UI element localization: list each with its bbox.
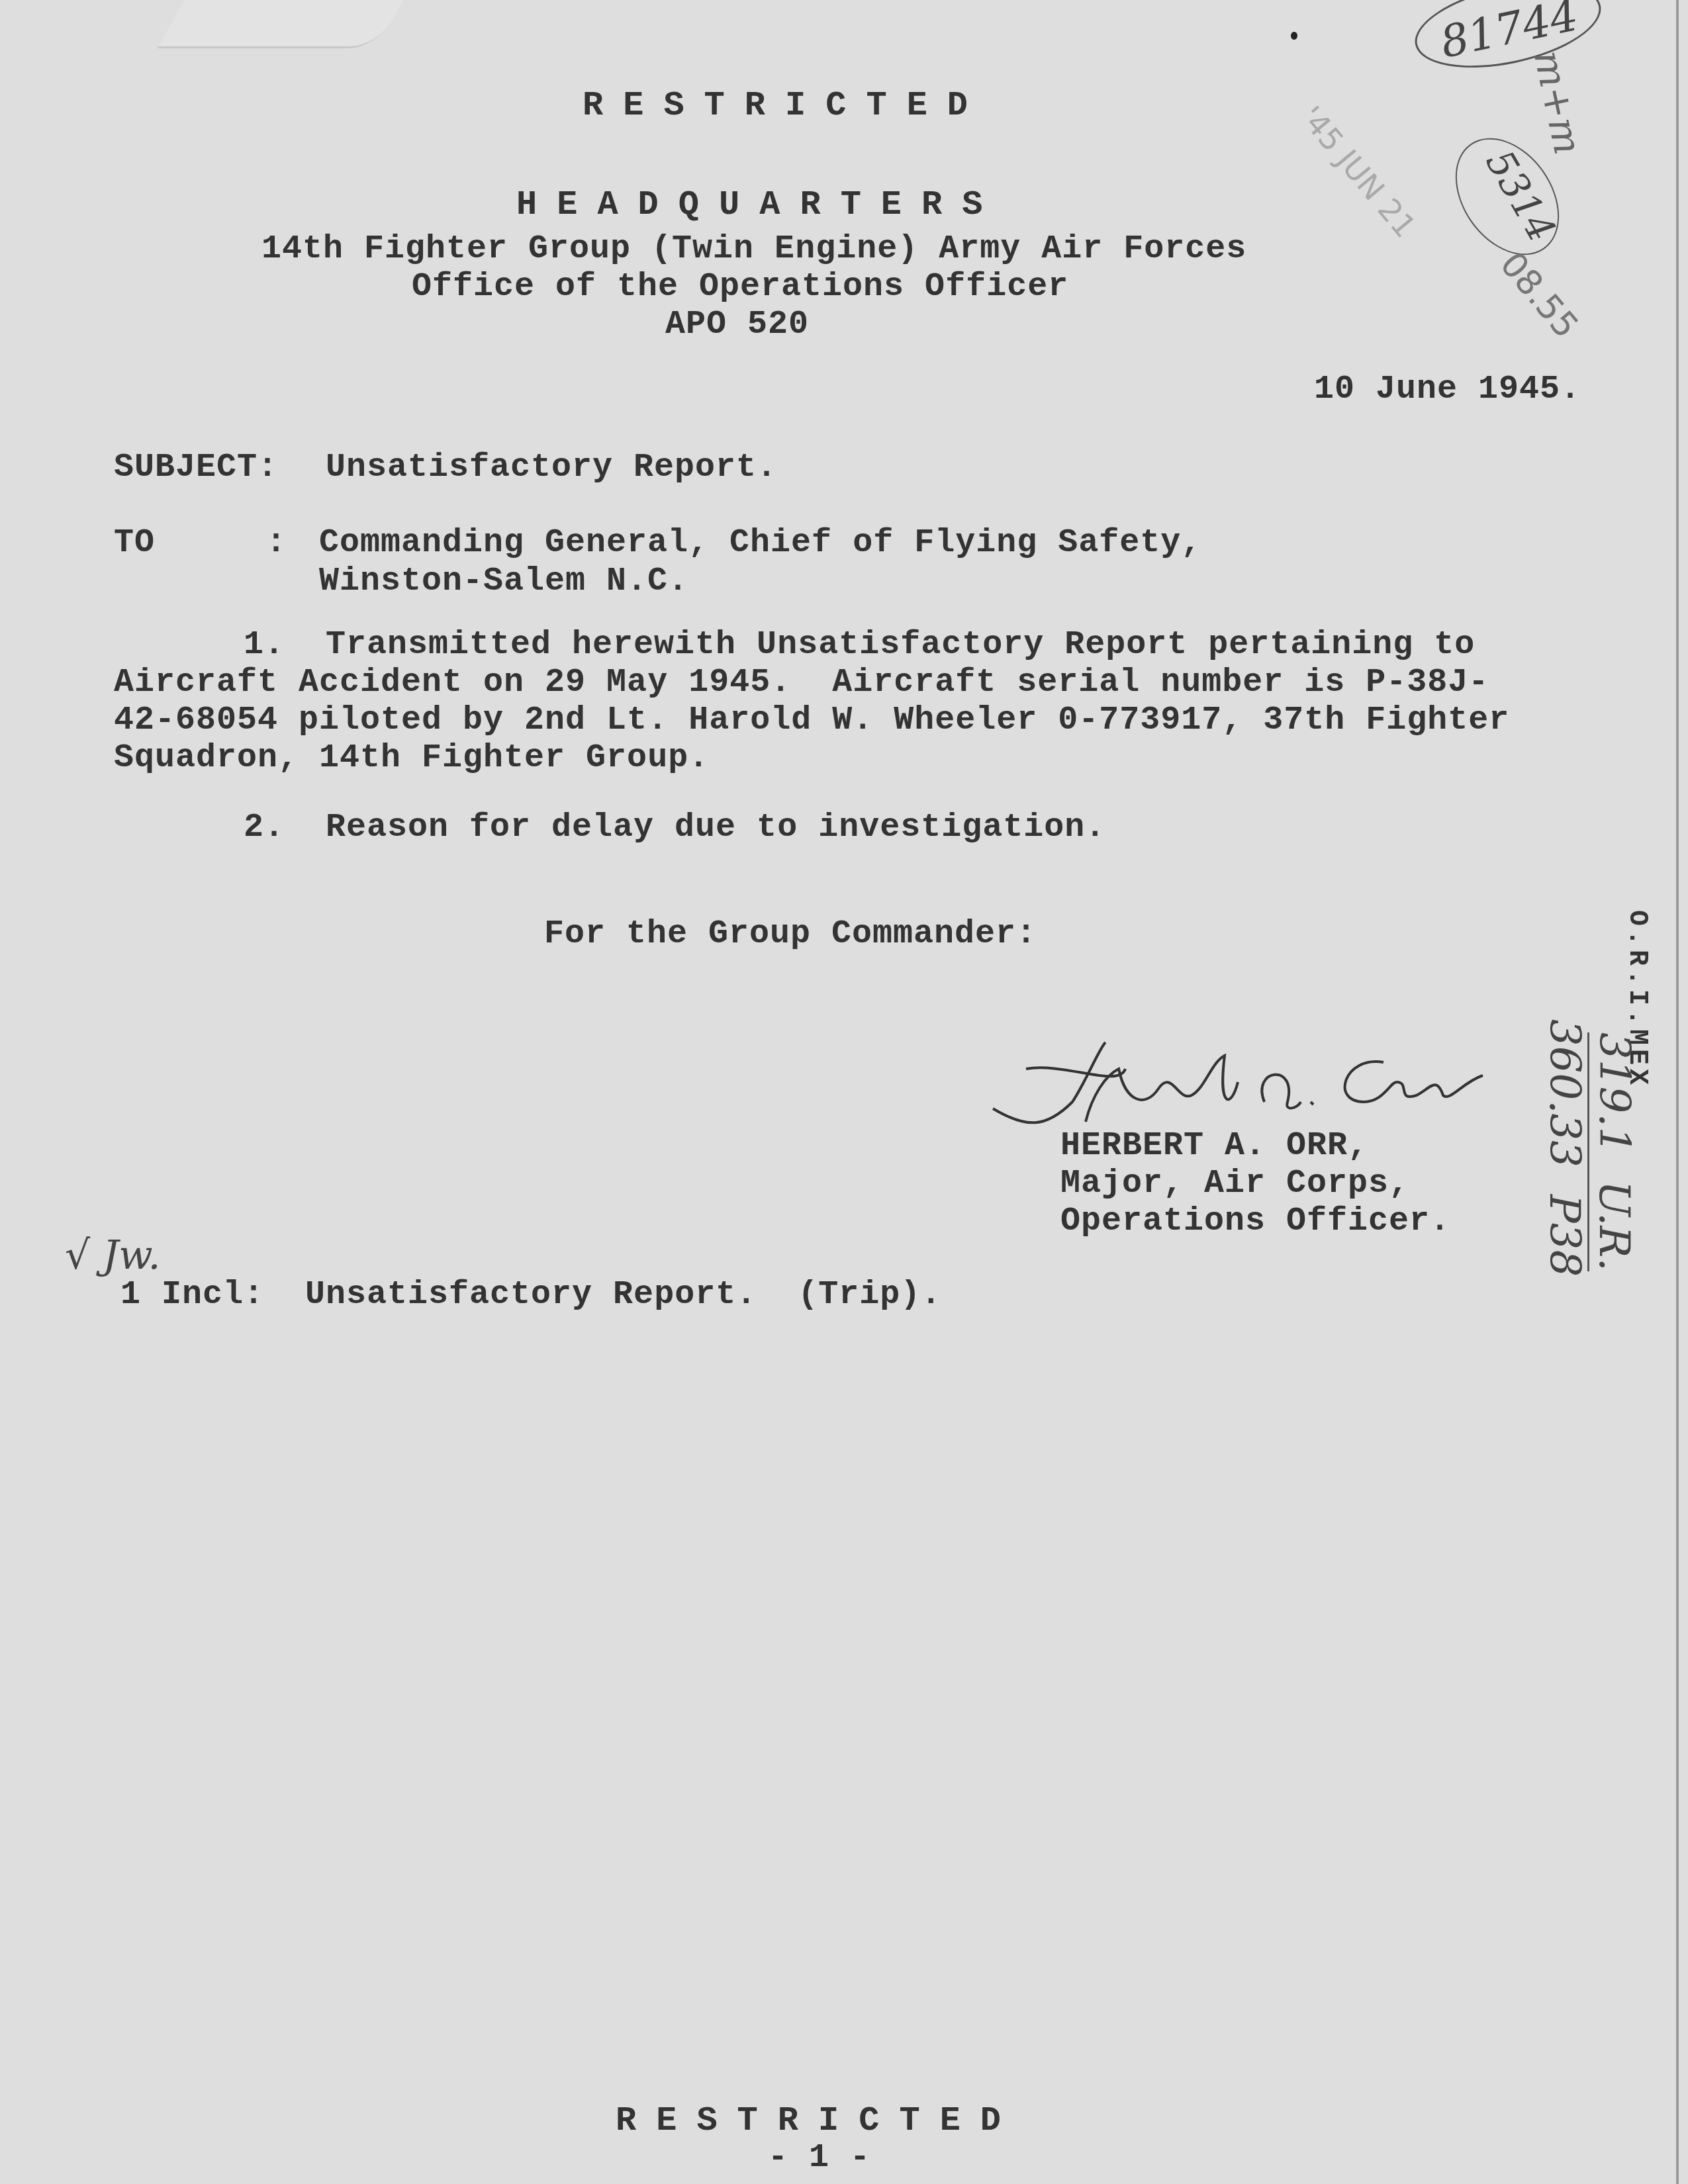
subject-label: SUBJECT:	[114, 449, 278, 486]
letterhead-line2: Office of the Operations Officer	[412, 268, 1068, 306]
letterhead-line1: 14th Fighter Group (Twin Engine) Army Ai…	[261, 230, 1246, 268]
enclosure-line: 1 Incl: Unsatisfactory Report. (Trip).	[120, 1276, 941, 1314]
to-line2: Winston-Salem N.C.	[319, 563, 688, 600]
enclosure-check-mark: √ Jw.	[65, 1232, 161, 1279]
time-stamp: 08.55	[1492, 245, 1586, 346]
document-page: RESTRICTED HEADQUARTERS 14th Fighter Gro…	[0, 0, 1688, 2184]
page-number: - 1 -	[768, 2139, 870, 2177]
signer-rank: Major, Air Corps,	[1060, 1165, 1409, 1203]
letterhead-line3: APO 520	[665, 306, 809, 343]
handwritten-top-right: m+m	[1524, 46, 1590, 158]
to-line1: Commanding General, Chief of Flying Safe…	[319, 524, 1201, 562]
paragraph-1-line-4: Squadron, 14th Fighter Group.	[114, 739, 709, 777]
signer-title: Operations Officer.	[1060, 1203, 1450, 1240]
classification-bottom: RESTRICTED	[616, 2101, 1021, 2140]
to-colon: :	[266, 524, 287, 562]
handwritten-signature	[986, 1029, 1489, 1135]
paragraph-1-line-3: 42-68054 piloted by 2nd Lt. Harold W. Wh…	[114, 702, 1509, 739]
paragraph-1-line-2: Aircraft Accident on 29 May 1945. Aircra…	[114, 664, 1489, 702]
margin-note-line1: 319.1 U.R.	[1587, 1032, 1638, 1271]
paragraph-2: 2. Reason for delay due to investigation…	[244, 809, 1105, 846]
page-edge	[1676, 0, 1679, 2184]
signer-name: HERBERT A. ORR,	[1060, 1127, 1368, 1165]
margin-note-line2: 360.33 P38	[1540, 1019, 1589, 1277]
document-date: 10 June 1945.	[1314, 371, 1581, 408]
date-stamp: '45 JUN 21	[1293, 99, 1423, 244]
to-label: TO	[114, 524, 155, 562]
corner-fold	[157, 0, 418, 48]
classification-top: RESTRICTED	[583, 86, 988, 125]
letterhead-title: HEADQUARTERS	[516, 185, 1002, 224]
paragraph-1-line-1: 1. Transmitted herewith Unsatisfactory R…	[244, 626, 1475, 664]
ink-dot	[1291, 32, 1297, 40]
closing-line: For the Group Commander:	[544, 915, 1037, 953]
subject-value: Unsatisfactory Report.	[326, 449, 777, 486]
